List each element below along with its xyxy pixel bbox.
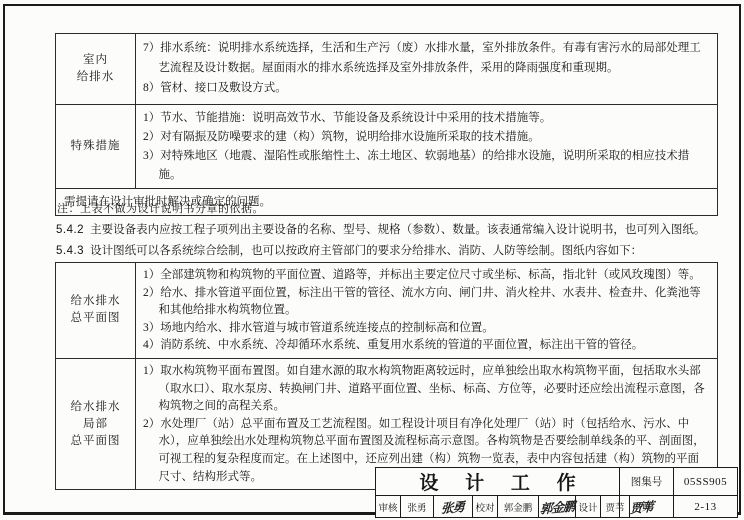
row-header-line: 局部 bbox=[83, 416, 108, 433]
designer-signature: 贾苇 bbox=[630, 496, 653, 517]
spec-item: 1）取水构筑物平面布置图。如自建水源的取水构筑物距离较远时，应单独绘出取水构筑物… bbox=[143, 363, 710, 416]
atlas-number-label: 图集号 bbox=[620, 468, 674, 496]
proofreader-name: 郭金鹏 bbox=[498, 496, 539, 517]
paragraph-5-4-3: 5.4.3设计图纸可以各系统综合绘制，也可以按政府主管部门的要求分给排水、消防、… bbox=[56, 242, 726, 258]
spec-item: 7）排水系统：说明排水系统选择，生活和生产污（废）水排水量，室外排放条件。有毒有… bbox=[143, 38, 710, 78]
proofreader-signature: 郭金鹏 bbox=[539, 496, 576, 517]
spec-item: 3）对特殊地区（地震、湿陷性或胀缩性土、冻土地区、软弱地基）的给排水设施，说明所… bbox=[143, 147, 710, 185]
upper-spec-table: 室内 给排水 7）排水系统：说明排水系统选择，生活和生产污（废）水排水量，室外排… bbox=[55, 33, 718, 216]
paragraph-5-4-2: 5.4.2主要设备表内应按工程子项列出主要设备的名称、型号、规格（参数）、数量。… bbox=[56, 221, 726, 237]
table-row: 特殊措施 1）节水、节能措施：说明高效节水、节能设备及系统设计中采用的技术措施等… bbox=[56, 104, 717, 188]
paragraph-text: 设计图纸可以各系统综合绘制，也可以按政府主管部门的要求分给排水、消防、人防等绘制… bbox=[90, 245, 642, 257]
atlas-number-value: 05SS905 bbox=[674, 468, 737, 496]
row-header-line: 给排水 bbox=[77, 69, 115, 86]
table-row: 室内 给排水 7）排水系统：说明排水系统选择，生活和生产污（废）水排水量，室外排… bbox=[56, 34, 717, 104]
row-header-special-measures: 特殊措施 bbox=[56, 105, 136, 188]
row-header-line: 总平面图 bbox=[71, 310, 121, 327]
title-block-title: 设 计 工 作 bbox=[376, 468, 620, 496]
row-header-local-site-plan: 给水排水 局部 总平面图 bbox=[56, 359, 136, 489]
spec-item: 4）消防系统、中水系统、冷却循环水系统、重复用水系统的管道的平面位置，标注出干管… bbox=[143, 337, 710, 355]
signature-handwriting: 贾苇 bbox=[630, 496, 654, 516]
spec-item: 3）场地内给水、排水管道与城市管道系统连接点的控制标高和位置。 bbox=[143, 320, 710, 338]
row-header-line: 给水排水 bbox=[71, 399, 121, 416]
page-number-value: 2-13 bbox=[674, 496, 737, 517]
row-header-line: 特殊措施 bbox=[71, 138, 121, 155]
signature-handwriting: 张勇 bbox=[441, 496, 465, 516]
row-content: 7）排水系统：说明排水系统选择，生活和生产污（废）水排水量，室外排放条件。有毒有… bbox=[136, 34, 717, 104]
row-content: 1）节水、节能措施：说明高效节水、节能设备及系统设计中采用的技术措施等。 2）对… bbox=[136, 105, 717, 188]
reviewer-label: 审核 bbox=[376, 496, 401, 517]
paragraph-text: 主要设备表内应按工程子项列出主要设备的名称、型号、规格（参数）、数量。该表通常编… bbox=[90, 224, 705, 236]
table-row: 给水排水 总平面图 1）全部建筑物和构筑物的平面位置、道路等，并标出主要定位尺寸… bbox=[56, 263, 717, 358]
spec-item: 1）全部建筑物和构筑物的平面位置、道路等，并标出主要定位尺寸或坐标、标高，指北针… bbox=[143, 267, 710, 285]
document-page: 室内 给排水 7）排水系统：说明排水系统选择，生活和生产污（废）水排水量，室外排… bbox=[0, 0, 744, 520]
row-content: 1）全部建筑物和构筑物的平面位置、道路等，并标出主要定位尺寸或坐标、标高，指北针… bbox=[136, 263, 717, 358]
row-header-indoor-plumbing: 室内 给排水 bbox=[56, 34, 136, 104]
row-header-line: 室内 bbox=[83, 52, 108, 69]
paragraph-number: 5.4.2 bbox=[56, 224, 84, 236]
table-note: 注：上表不做为设计说明书分章的依据。 bbox=[57, 200, 264, 216]
reviewer-name: 张勇 bbox=[401, 496, 434, 517]
spec-item: 2）对有隔振及防噪要求的建（构）筑物，说明给排水设施所采取的技术措施。 bbox=[143, 128, 710, 147]
row-header-line: 给水排水 bbox=[71, 293, 121, 310]
proofreader-label: 校对 bbox=[473, 496, 498, 517]
spec-item: 1）节水、节能措施：说明高效节水、节能设备及系统设计中采用的技术措施等。 bbox=[143, 109, 710, 128]
signature-row: 审核 张勇 张勇 校对 郭金鹏 郭金鹏 设计 贾苇 贾苇 bbox=[376, 496, 620, 517]
row-header-general-site-plan: 给水排水 总平面图 bbox=[56, 263, 136, 358]
drawing-title-block: 设 计 工 作 图集号 05SS905 审核 张勇 张勇 校对 郭金鹏 郭金鹏 … bbox=[375, 467, 738, 518]
reviewer-signature: 张勇 bbox=[434, 496, 473, 517]
paragraph-number: 5.4.3 bbox=[56, 245, 84, 257]
lower-drawing-table: 给水排水 总平面图 1）全部建筑物和构筑物的平面位置、道路等，并标出主要定位尺寸… bbox=[55, 262, 718, 490]
signature-handwriting: 郭金鹏 bbox=[539, 496, 574, 517]
designer-label: 设计 bbox=[576, 496, 601, 517]
spec-item: 8）管材、接口及敷设方式。 bbox=[143, 78, 710, 98]
row-header-line: 总平面图 bbox=[71, 433, 121, 450]
spec-item: 2）给水、排水管道平面位置，标注出干管的管径、流水方向、闸门井、消火栓井、水表井… bbox=[143, 285, 710, 320]
